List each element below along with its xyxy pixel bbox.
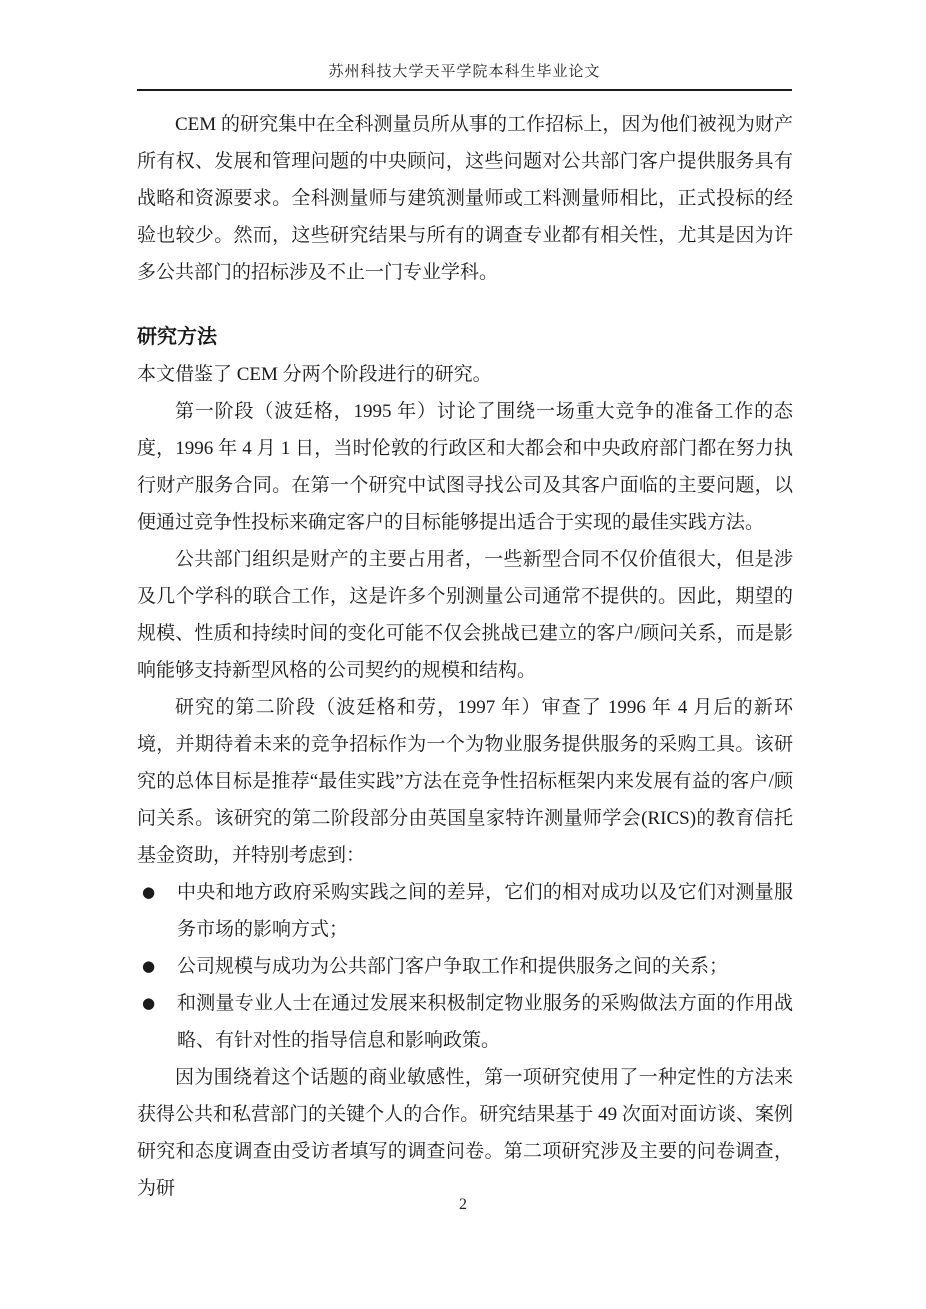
bullet-icon: ● (142, 948, 155, 985)
bullet-text: 中央和地方政府采购实践之间的差异，它们的相对成功以及它们对测量服务市场的影响方式… (177, 882, 793, 940)
bullet-icon: ● (142, 985, 155, 1022)
paragraph-first-study-method: 因为围绕着这个话题的商业敏感性，第一项研究使用了一种定性的方法来获得公共和私营部… (137, 1059, 793, 1207)
paragraph-method-intro: 本文借鉴了 CEM 分两个阶段进行的研究。 (137, 356, 793, 393)
bullet-text: 公司规模与成功为公共部门客户争取工作和提供服务之间的关系； (177, 956, 728, 977)
list-item: ● 中央和地方政府采购实践之间的差异，它们的相对成功以及它们对测量服务市场的影响… (137, 874, 793, 948)
paragraph-stage-two: 研究的第二阶段（波廷格和劳，1997 年）审查了 1996 年 4 月后的新环境… (137, 689, 793, 874)
list-item: ● 公司规模与成功为公共部门客户争取工作和提供服务之间的关系； (137, 948, 793, 985)
bullet-list: ● 中央和地方政府采购实践之间的差异，它们的相对成功以及它们对测量服务市场的影响… (137, 874, 793, 1059)
document-page: 苏州科技大学天平学院本科生毕业论文 CEM 的研究集中在全科测量员所从事的工作招… (0, 0, 926, 1309)
bullet-icon: ● (142, 874, 155, 911)
header-title: 苏州科技大学天平学院本科生毕业论文 (328, 64, 600, 80)
page-footer: 2 (0, 1196, 926, 1214)
document-body: CEM 的研究集中在全科测量员所从事的工作招标上，因为他们被视为财产所有权、发展… (137, 106, 793, 1207)
page-number: 2 (459, 1196, 467, 1213)
paragraph-cem-research: CEM 的研究集中在全科测量员所从事的工作招标上，因为他们被视为财产所有权、发展… (137, 106, 793, 291)
page-header: 苏州科技大学天平学院本科生毕业论文 (137, 60, 792, 91)
paragraph-stage-one: 第一阶段（波廷格，1995 年）讨论了围绕一场重大竞争的准备工作的态度，1996… (137, 393, 793, 541)
paragraph-public-sector: 公共部门组织是财产的主要占用者，一些新型合同不仅价值很大，但是涉及几个学科的联合… (137, 541, 793, 689)
list-item: ● 和测量专业人士在通过发展来积极制定物业服务的采购做法方面的作用战略、有针对性… (137, 985, 793, 1059)
bullet-text: 和测量专业人士在通过发展来积极制定物业服务的采购做法方面的作用战略、有针对性的指… (177, 993, 793, 1051)
section-heading-research-method: 研究方法 (137, 319, 793, 356)
